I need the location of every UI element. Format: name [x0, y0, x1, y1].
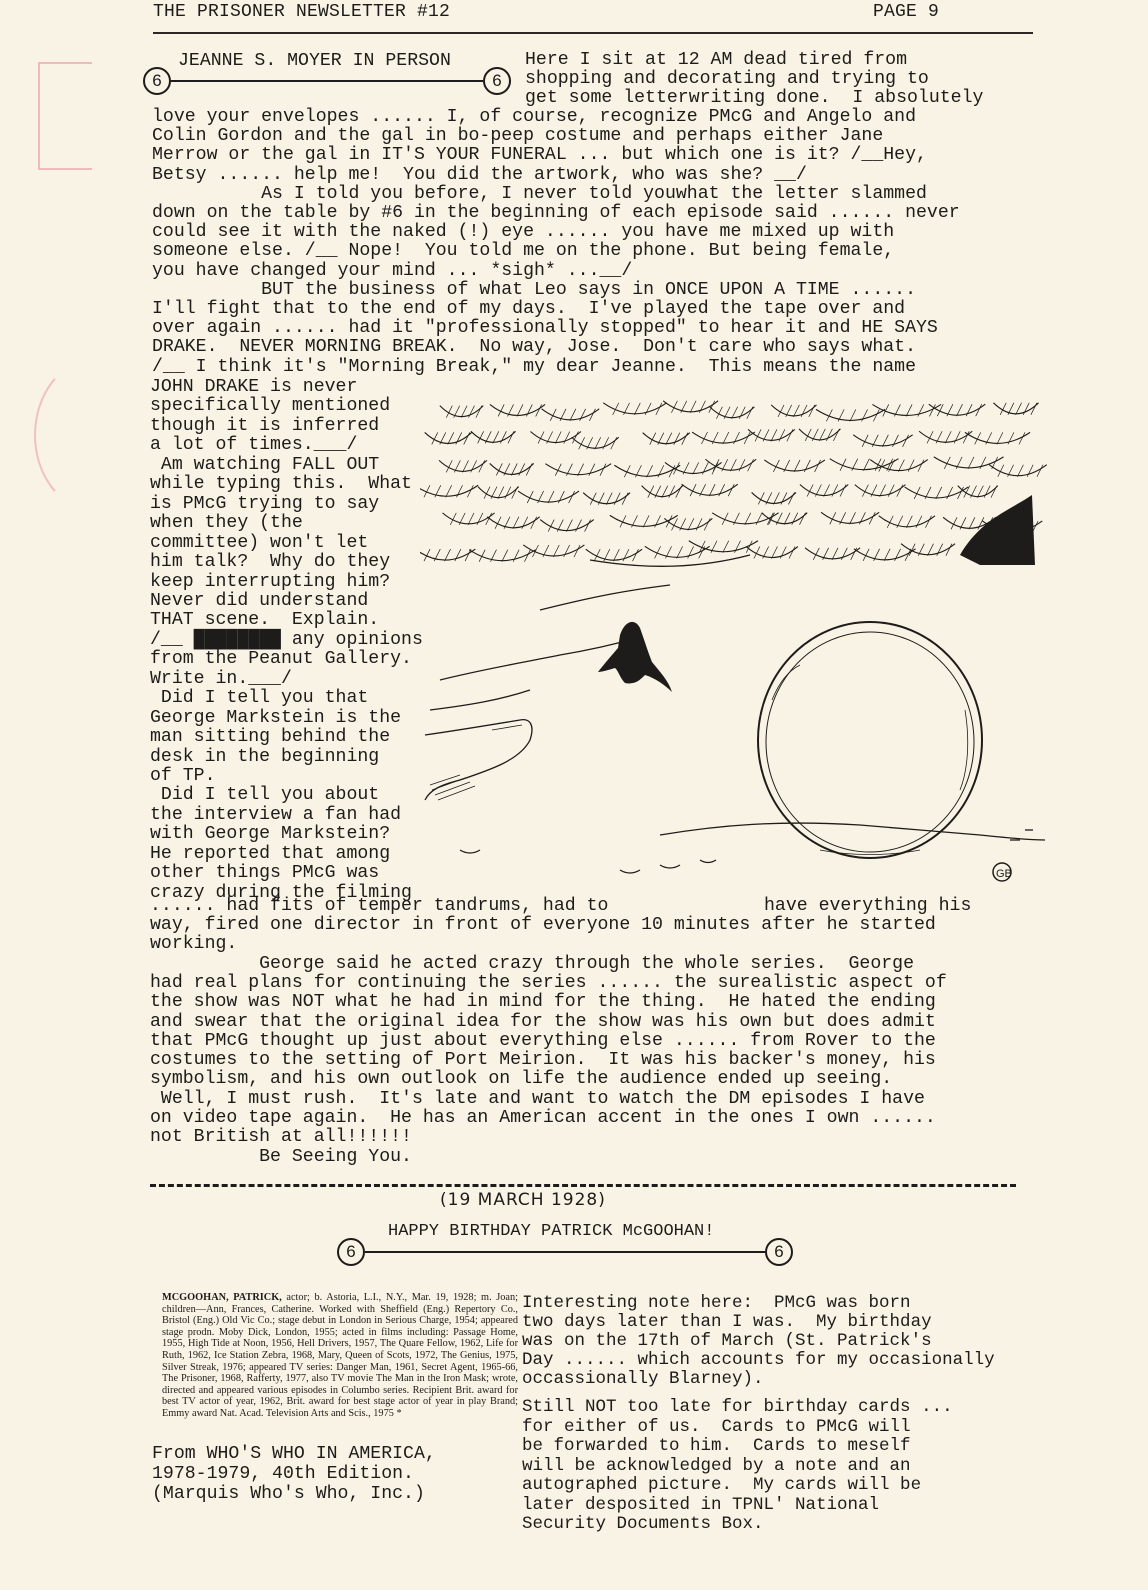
body-line: George Markstein is the — [150, 709, 401, 728]
body-line: two days later than I was. My birthday — [522, 1313, 932, 1332]
body-line: Security Documents Box. — [522, 1515, 764, 1534]
body-line: /__ I think it's "Morning Break," my dea… — [152, 358, 916, 377]
body-line: when they (the — [150, 514, 303, 533]
body-line: later desposited in TPNL' National — [522, 1496, 879, 1515]
section-divider — [150, 1184, 1016, 1187]
body-line: Well, I must rush. It's late and want to… — [150, 1090, 925, 1109]
body-line: working. — [150, 935, 237, 954]
body-line: get some letterwriting done. I absolutel… — [525, 89, 983, 108]
body-line: the show was NOT what he had in mind for… — [150, 993, 936, 1012]
body-line: other things PMcG was — [150, 864, 379, 883]
body-line: him talk? Why do they — [150, 553, 390, 572]
body-line: could see it with the naked (!) eye ....… — [152, 223, 894, 242]
body-line: with George Markstein? — [150, 825, 390, 844]
body-line: George said he acted crazy through the w… — [150, 955, 914, 974]
margin-mark — [34, 358, 158, 512]
body-line: symbolism, and his own outlook on life t… — [150, 1070, 892, 1089]
body-line: autographed picture. My cards will be — [522, 1476, 921, 1495]
headline-rule — [365, 1251, 765, 1253]
body-line: committee) won't let — [150, 534, 368, 553]
body-line: Never did understand — [150, 592, 368, 611]
body-line: Be Seeing You. — [150, 1148, 412, 1167]
body-line: shopping and decorating and trying to — [525, 70, 929, 89]
number-six-badge: 6 — [337, 1238, 365, 1266]
body-line: From WHO'S WHO IN AMERICA, — [152, 1445, 436, 1464]
body-line: while typing this. What — [150, 475, 412, 494]
body-line: man sitting behind the — [150, 728, 390, 747]
page-number: PAGE 9 — [873, 2, 939, 22]
body-line: Merrow or the gal in IT'S YOUR FUNERAL .… — [152, 146, 927, 165]
whos-who-clipping: MCGOOHAN, PATRICK, actor; b. Astoria, L.… — [162, 1292, 518, 1420]
body-line: you have changed your mind ... *sigh* ..… — [152, 262, 632, 281]
svg-text:GB: GB — [996, 868, 1012, 880]
body-line: THAT scene. Explain. — [150, 611, 379, 630]
margin-mark — [38, 62, 92, 170]
number-six-badge: 6 — [765, 1238, 793, 1266]
body-line: be forwarded to him. Cards to meself — [522, 1437, 911, 1456]
article-byline: JEANNE S. MOYER IN PERSON — [178, 52, 451, 71]
body-line: way, fired one director in front of ever… — [150, 916, 936, 935]
body-line: occassionally Blarney). — [522, 1370, 764, 1389]
artist-signature: GB — [993, 863, 1012, 881]
byline-rule — [171, 80, 483, 82]
body-line: Write in.___/ — [150, 670, 292, 689]
whos-who-name: MCGOOHAN, PATRICK, — [162, 1292, 282, 1303]
body-line: As I told you before, I never told youwh… — [152, 185, 927, 204]
whos-who-entry: actor; b. Astoria, L.I., N.Y., Mar. 19, … — [162, 1292, 518, 1419]
body-line: on video tape again. He has an American … — [150, 1109, 936, 1128]
body-line: down on the table by #6 in the beginning… — [152, 204, 960, 223]
body-line: Betsy ...... help me! You did the artwor… — [152, 166, 807, 185]
body-line: a lot of times.___/ — [150, 436, 357, 455]
birth-date-note: (19 MARCH 1928) — [440, 1190, 606, 1210]
body-line: of TP. — [150, 767, 216, 786]
body-line: love your envelopes ...... I, of course,… — [152, 108, 916, 127]
body-line: that PMcG thought up just about everythi… — [150, 1032, 936, 1051]
body-line: Did I tell you that — [150, 689, 368, 708]
newsletter-page: THE PRISONER NEWSLETTER #12 PAGE 9 JEANN… — [0, 0, 1148, 1590]
body-line: though it is inferred — [150, 417, 379, 436]
body-line: JOHN DRAKE is never — [150, 378, 357, 397]
body-line: Colin Gordon and the gal in bo-peep cost… — [152, 127, 883, 146]
number-six-badge: 6 — [483, 67, 511, 95]
birthday-headline: HAPPY BIRTHDAY PATRICK McGOOHAN! — [388, 1222, 714, 1241]
body-line: over again ...... had it "professionally… — [152, 319, 938, 338]
body-line: Did I tell you about — [150, 786, 379, 805]
body-line: (Marquis Who's Who, Inc.) — [152, 1485, 425, 1504]
body-line: had real plans for continuing the series… — [150, 974, 947, 993]
header-divider — [153, 32, 1033, 34]
rover-beach-illustration: GB — [420, 380, 1050, 900]
body-line: from the Peanut Gallery. — [150, 650, 412, 669]
body-line: Day ...... which accounts for my occasio… — [522, 1351, 995, 1370]
body-line: Interesting note here: PMcG was born — [522, 1294, 911, 1313]
body-line: was on the 17th of March (St. Patrick's — [522, 1332, 932, 1351]
body-line: for either of us. Cards to PMcG will — [522, 1418, 911, 1437]
body-line: is PMcG trying to say — [150, 495, 379, 514]
body-line: not British at all!!!!!! — [150, 1128, 412, 1147]
body-line: will be acknowledged by a note and an — [522, 1457, 911, 1476]
body-line: Here I sit at 12 AM dead tired from — [525, 51, 907, 70]
number-six-badge: 6 — [143, 67, 171, 95]
body-line: Am watching FALL OUT — [150, 456, 379, 475]
body-line: specifically mentioned — [150, 397, 390, 416]
newsletter-title: THE PRISONER NEWSLETTER #12 — [153, 2, 450, 22]
body-line: the interview a fan had — [150, 806, 401, 825]
body-line: 1978-1979, 40th Edition. — [152, 1465, 414, 1484]
body-line: I'll fight that to the end of my days. I… — [152, 300, 905, 319]
body-line: BUT the business of what Leo says in ONC… — [152, 281, 916, 300]
body-line: He reported that among — [150, 845, 390, 864]
body-line: costumes to the setting of Port Meirion.… — [150, 1051, 936, 1070]
body-line: DRAKE. NEVER MORNING BREAK. No way, Jose… — [152, 338, 916, 357]
body-line: and swear that the original idea for the… — [150, 1013, 936, 1032]
body-line: /__ ████████ any opinions — [150, 631, 423, 650]
body-line: someone else. /__ Nope! You told me on t… — [152, 242, 894, 261]
body-line: desk in the beginning — [150, 748, 379, 767]
body-line: keep interrupting him? — [150, 573, 390, 592]
body-line: Still NOT too late for birthday cards ..… — [522, 1398, 953, 1417]
